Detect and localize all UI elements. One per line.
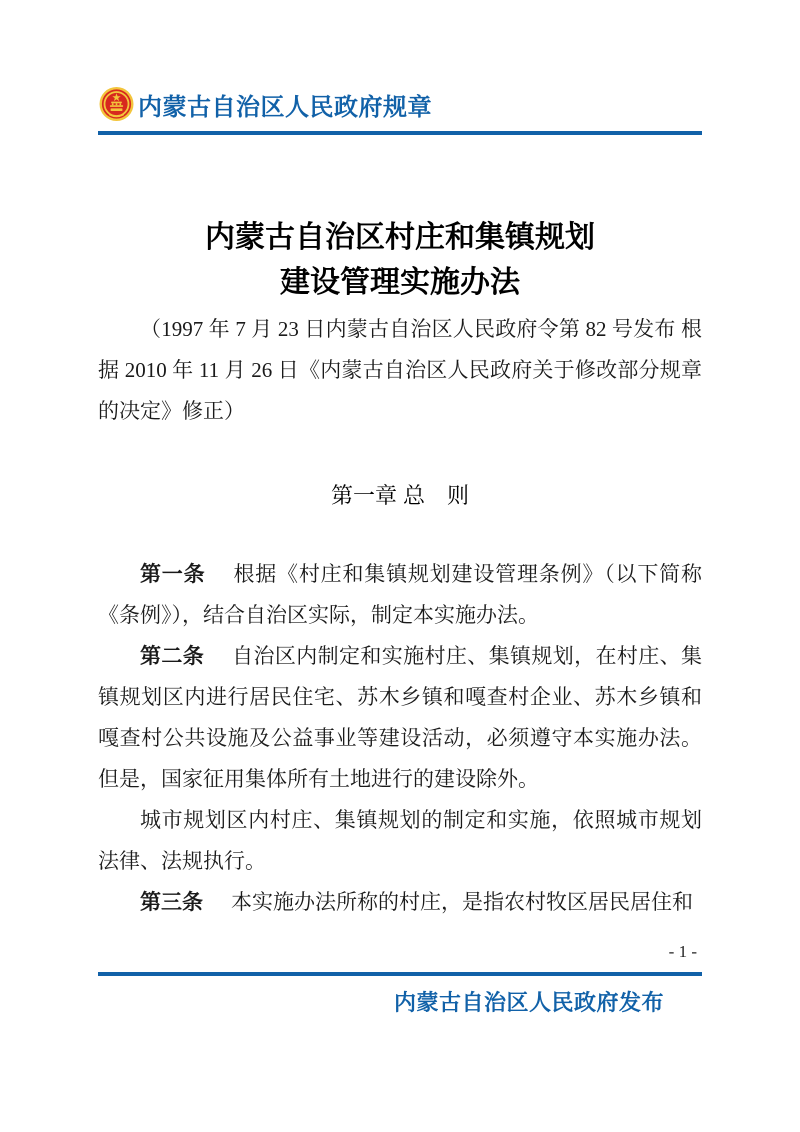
page-header: 内蒙古自治区人民政府规章 bbox=[98, 0, 702, 123]
publisher-label: 内蒙古自治区人民政府发布 bbox=[98, 990, 702, 1016]
article-paragraph: 第三条本实施办法所称的村庄，是指农村牧区居民居住和 bbox=[98, 882, 702, 923]
article-paragraph: 城市规划区内村庄、集镇规划的制定和实施，依照城市规划法律、法规执行。 bbox=[98, 800, 702, 882]
document-title: 内蒙古自治区村庄和集镇规划 建设管理实施办法 bbox=[98, 215, 702, 305]
document-title-line-1: 内蒙古自治区村庄和集镇规划 bbox=[98, 215, 702, 260]
page-number: - 1 - bbox=[98, 941, 702, 963]
article-text: 本实施办法所称的村庄，是指农村牧区居民居住和 bbox=[231, 890, 693, 914]
header-agency-label: 内蒙古自治区人民政府规章 bbox=[138, 87, 432, 122]
article-paragraph: 第二条自治区内制定和实施村庄、集镇规划，在村庄、集镇规划区内进行居民住宅、苏木乡… bbox=[98, 636, 702, 800]
footer-divider-rule bbox=[98, 972, 702, 976]
article-text: 城市规划区内村庄、集镇规划的制定和实施，依照城市规划法律、法规执行。 bbox=[98, 808, 702, 873]
document-title-line-2: 建设管理实施办法 bbox=[98, 260, 702, 305]
chapter-heading: 第一章 总 则 bbox=[98, 482, 702, 510]
article-body: 第一条根据《村庄和集镇规划建设管理条例》（以下简称《条例》），结合自治区实际，制… bbox=[98, 554, 702, 923]
header-divider-rule bbox=[98, 131, 702, 135]
article-number-label: 第一条 bbox=[140, 563, 205, 586]
promulgation-note: （1997 年 7 月 23 日内蒙古自治区人民政府令第 82 号发布 根据 2… bbox=[98, 309, 702, 432]
article-number-label: 第二条 bbox=[140, 645, 204, 668]
document-page: 内蒙古自治区人民政府规章 内蒙古自治区村庄和集镇规划 建设管理实施办法 （199… bbox=[0, 0, 800, 1132]
page-content: 内蒙古自治区人民政府规章 内蒙古自治区村庄和集镇规划 建设管理实施办法 （199… bbox=[98, 0, 702, 1016]
china-national-emblem-icon bbox=[98, 86, 135, 123]
article-paragraph: 第一条根据《村庄和集镇规划建设管理条例》（以下简称《条例》），结合自治区实际，制… bbox=[98, 554, 702, 636]
article-number-label: 第三条 bbox=[140, 891, 203, 914]
